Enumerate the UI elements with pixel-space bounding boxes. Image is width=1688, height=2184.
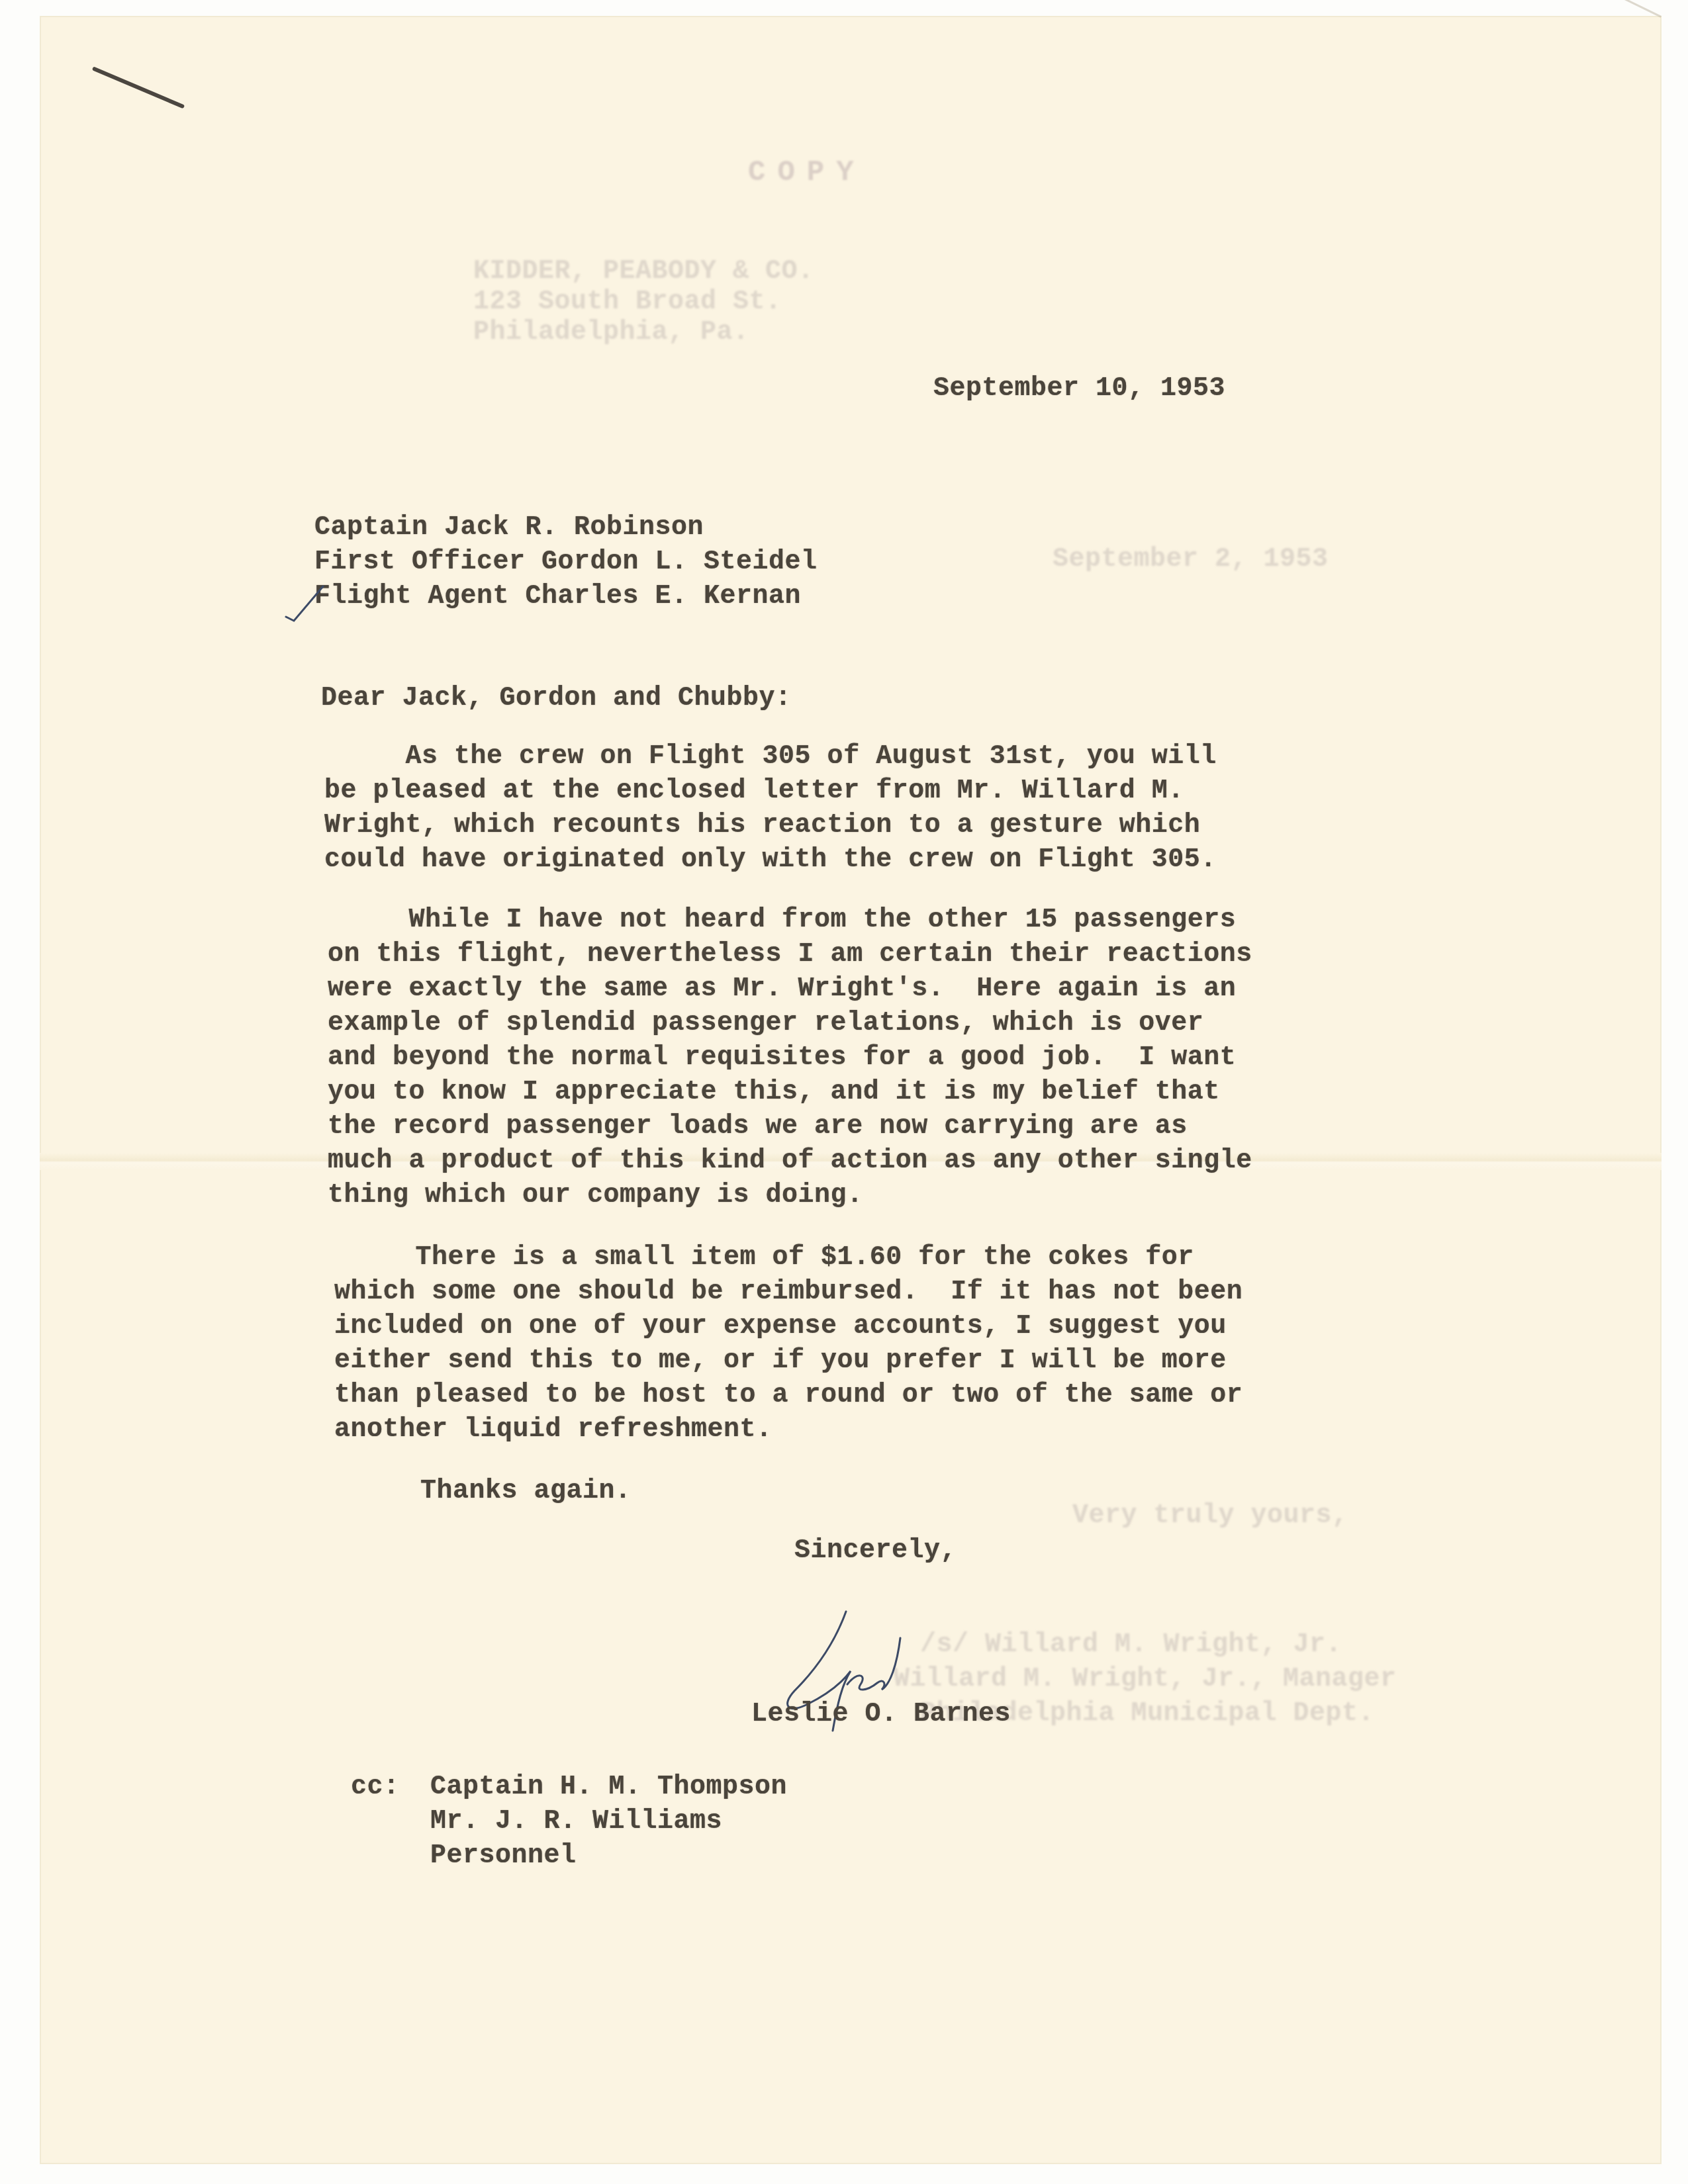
recipient-line: Captain Jack R. Robinson	[314, 511, 818, 545]
ghost-date: September 2, 1953	[1053, 543, 1329, 577]
copy-mark: COPY	[748, 156, 866, 190]
body-line: you to know I appreciate this, and it is…	[328, 1075, 1321, 1110]
body-paragraph-1: As the crew on Flight 305 of August 31st…	[324, 740, 1317, 878]
body-line: There is a small item of $1.60 for the c…	[334, 1241, 1327, 1275]
body-line: on this flight, nevertheless I am certai…	[328, 938, 1321, 972]
closing-note: Thanks again.	[420, 1475, 632, 1509]
body-line: which some one should be reimbursed. If …	[334, 1275, 1327, 1310]
ghost-signature-line: /s/ Willard M. Wright, Jr.	[920, 1628, 1397, 1662]
letter-date: September 10, 1953	[933, 372, 1225, 406]
signer-name: Leslie O. Barnes	[751, 1698, 1011, 1732]
body-line: much a product of this kind of action as…	[328, 1144, 1321, 1179]
body-line: Wright, which recounts his reaction to a…	[324, 809, 1317, 843]
body-line: thing which our company is doing.	[328, 1179, 1321, 1213]
cc-label: cc:	[351, 1770, 400, 1805]
body-line: than pleased to be host to a round or tw…	[334, 1379, 1327, 1413]
ghost-letterhead-line: KIDDER, PEABODY & CO.	[473, 255, 814, 289]
recipient-block: Captain Jack R. Robinson First Officer G…	[314, 511, 818, 614]
ghost-close: Very truly yours,	[1072, 1499, 1348, 1533]
ghost-letterhead: KIDDER, PEABODY & CO. 123 South Broad St…	[473, 255, 814, 350]
body-line: another liquid refreshment.	[334, 1413, 1327, 1447]
cc-item: Captain H. M. Thompson	[430, 1770, 787, 1805]
cc-list: Captain H. M. Thompson Mr. J. R. William…	[430, 1770, 787, 1874]
body-paragraph-2: While I have not heard from the other 15…	[328, 903, 1321, 1213]
ghost-letterhead-line: 123 South Broad St.	[473, 285, 814, 320]
cc-item: Personnel	[430, 1839, 787, 1874]
recipient-line: First Officer Gordon L. Steidel	[314, 545, 818, 580]
ghost-letterhead-line: Philadelphia, Pa.	[473, 316, 814, 350]
recipient-line: Flight Agent Charles E. Kernan	[314, 580, 818, 614]
cc-item: Mr. J. R. Williams	[430, 1805, 787, 1839]
body-line: the record passenger loads we are now ca…	[328, 1110, 1321, 1144]
salutation: Dear Jack, Gordon and Chubby:	[321, 682, 792, 716]
body-line: either send this to me, or if you prefer…	[334, 1344, 1327, 1379]
body-line: As the crew on Flight 305 of August 31st…	[324, 740, 1317, 774]
checkmark-icon	[285, 582, 324, 622]
body-line: could have originated only with the crew…	[324, 843, 1317, 878]
body-line: example of splendid passenger relations,…	[328, 1007, 1321, 1041]
body-paragraph-3: There is a small item of $1.60 for the c…	[334, 1241, 1327, 1447]
body-line: be pleased at the enclosed letter from M…	[324, 774, 1317, 809]
body-line: were exactly the same as Mr. Wright's. H…	[328, 972, 1321, 1007]
body-line: included on one of your expense accounts…	[334, 1310, 1327, 1344]
body-line: and beyond the normal requisites for a g…	[328, 1041, 1321, 1075]
body-line: While I have not heard from the other 15…	[328, 903, 1321, 938]
ghost-signature-line: Willard M. Wright, Jr., Manager	[894, 1662, 1397, 1697]
complimentary-close: Sincerely,	[794, 1534, 957, 1569]
